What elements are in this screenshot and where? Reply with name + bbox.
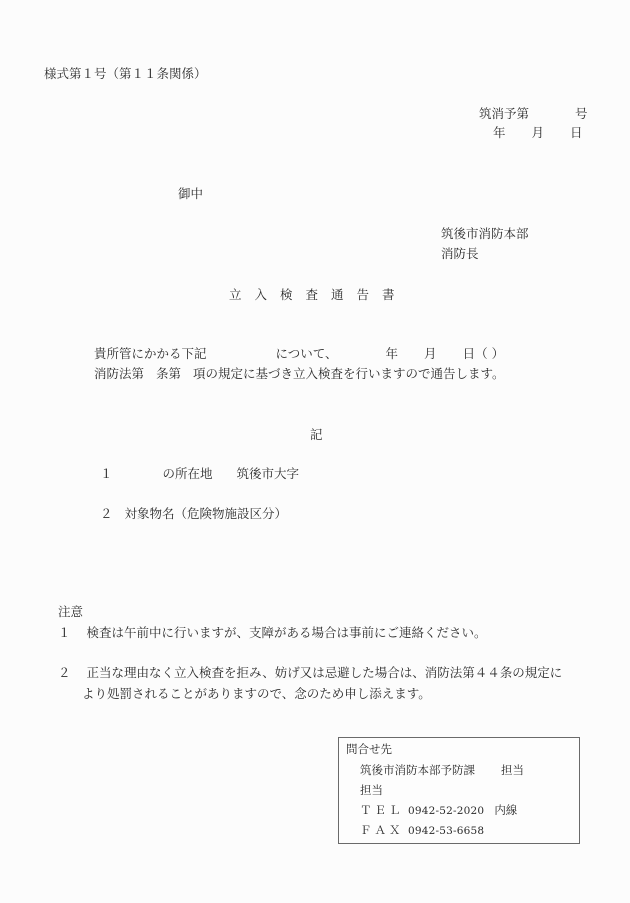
body-text: 条第 xyxy=(156,366,181,381)
contact-heading: 問合せ先 xyxy=(346,744,392,756)
tel-number: 0942-52-2020 xyxy=(408,805,484,817)
body-year: 年 xyxy=(386,346,399,361)
list-item: ２対象物名（危険物施設区分） xyxy=(100,508,287,521)
sender-organization: 筑後市消防本部 xyxy=(441,228,529,241)
date-day: 日 xyxy=(570,125,583,140)
note-text: 正当な理由なく立入検査を拒み、妨げ又は忌避した場合は、消防法第４４条の規定に xyxy=(87,665,563,680)
note-number: １ xyxy=(58,625,71,640)
note-text: 検査は午前中に行いますが、支障がある場合は事前にご連絡ください。 xyxy=(87,625,487,640)
note-number: ２ xyxy=(58,665,71,680)
body-day: 日（ xyxy=(463,346,488,361)
document-number-prefix: 筑消予第 xyxy=(479,106,529,121)
tel-extension-label: 内線 xyxy=(494,803,517,817)
item-label: 対象物名（危険物施設区分） xyxy=(125,506,288,521)
body-paren-close: ） xyxy=(492,346,505,361)
fax-number: 0942-53-6658 xyxy=(408,825,484,837)
body-text: 消防法第 xyxy=(94,366,144,381)
body-text: について、 xyxy=(276,346,338,361)
note-text-continued: より処罰されることがありますので、念のため申し添えます。 xyxy=(82,688,431,701)
body-line-1: 貴所管にかかる下記について、年月日（ ） xyxy=(94,348,504,361)
note-item: １検査は午前中に行いますが、支障がある場合は事前にご連絡ください。 xyxy=(58,627,487,640)
body-text: 項の規定に基づき立入検査を行いますので通告します。 xyxy=(193,366,505,381)
item-value: 筑後市大字 xyxy=(237,466,300,481)
form-number: 様式第１号（第１１条関係） xyxy=(44,68,207,81)
item-number: ２ xyxy=(100,506,113,521)
contact-box: 問合せ先 筑後市消防本部予防課担当 担当 ＴＥＬ0942-52-2020内線 Ｆ… xyxy=(338,737,580,844)
item-number: １ xyxy=(100,466,113,481)
body-month: 月 xyxy=(424,346,437,361)
sender-title: 消防長 xyxy=(441,248,479,261)
date-month: 月 xyxy=(532,125,545,140)
document-date: 年月日 xyxy=(493,127,583,140)
contact-person-label: 担当 xyxy=(360,785,383,797)
tel-label: ＴＥＬ xyxy=(360,805,408,817)
body-text: 貴所管にかかる下記 xyxy=(94,346,207,361)
addressee-honorific: 御中 xyxy=(178,188,203,201)
fax-label: ＦＡＸ xyxy=(360,825,408,837)
ki-heading: 記 xyxy=(310,429,323,442)
document-number: 筑消予第号 xyxy=(479,108,588,121)
date-year: 年 xyxy=(493,125,506,140)
contact-department: 筑後市消防本部予防課担当 xyxy=(360,765,524,777)
department-person-label: 担当 xyxy=(501,763,524,777)
list-item: １の所在地筑後市大字 xyxy=(100,468,299,481)
document-title: 立入検査通告書 xyxy=(229,289,408,302)
note-item: ２正当な理由なく立入検査を拒み、妨げ又は忌避した場合は、消防法第４４条の規定に xyxy=(58,667,562,680)
item-label: の所在地 xyxy=(163,466,213,481)
department-name: 筑後市消防本部予防課 xyxy=(360,763,475,777)
document-number-suffix: 号 xyxy=(575,106,588,121)
contact-fax: ＦＡＸ0942-53-6658 xyxy=(360,825,484,837)
contact-tel: ＴＥＬ0942-52-2020内線 xyxy=(360,805,517,817)
notes-heading: 注意 xyxy=(58,606,83,619)
body-line-2: 消防法第条第項の規定に基づき立入検査を行いますので通告します。 xyxy=(94,368,505,381)
